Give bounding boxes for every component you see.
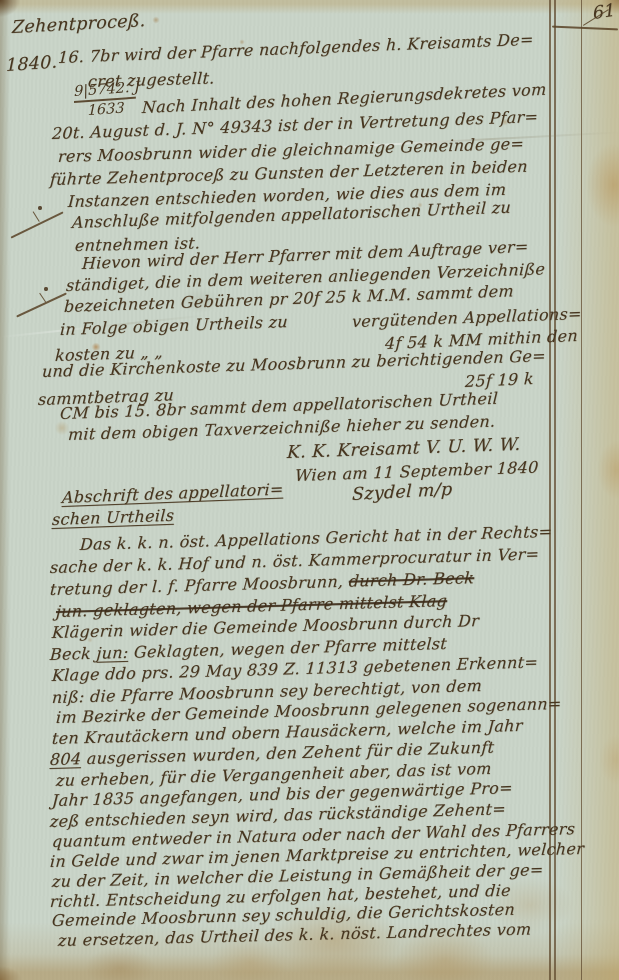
struck-text: durch Dr. Beck xyxy=(348,568,475,591)
underlined-text: jun: xyxy=(96,643,129,663)
entry-date-note-line: 16. 7br wird der Pfarre nachfolgendes h.… xyxy=(58,30,535,67)
folio-underline-stroke xyxy=(552,26,618,31)
judgment-text: Beck xyxy=(49,644,91,664)
reference-denominator: 1633 xyxy=(88,99,140,119)
notice-line: in Folge obigen Urtheils zu xyxy=(60,312,289,339)
margin-ruling-line xyxy=(581,0,582,980)
copy-heading-line: schen Urtheils xyxy=(52,506,175,529)
underlined-number: 804 xyxy=(49,749,82,769)
copy-heading-line: Abschrift des appellatori= xyxy=(62,479,285,507)
amount-total: 25f 19 k xyxy=(465,369,535,391)
reference-number: 9|5742. J 1633 xyxy=(74,79,141,119)
manuscript-page: 61 Zehentproceß. 1840. 16. 7br wird der … xyxy=(0,0,619,980)
mark-dot xyxy=(44,287,48,291)
margin-year: 1840. xyxy=(6,52,58,76)
mark-slash-stroke xyxy=(11,211,64,238)
closing-signature: Szydel m/p xyxy=(352,480,453,505)
page-title: Zehentproceß. xyxy=(12,11,146,38)
mark-dot xyxy=(38,206,42,210)
mark-tick-stroke xyxy=(39,293,46,303)
mark-tick-stroke xyxy=(32,211,40,222)
